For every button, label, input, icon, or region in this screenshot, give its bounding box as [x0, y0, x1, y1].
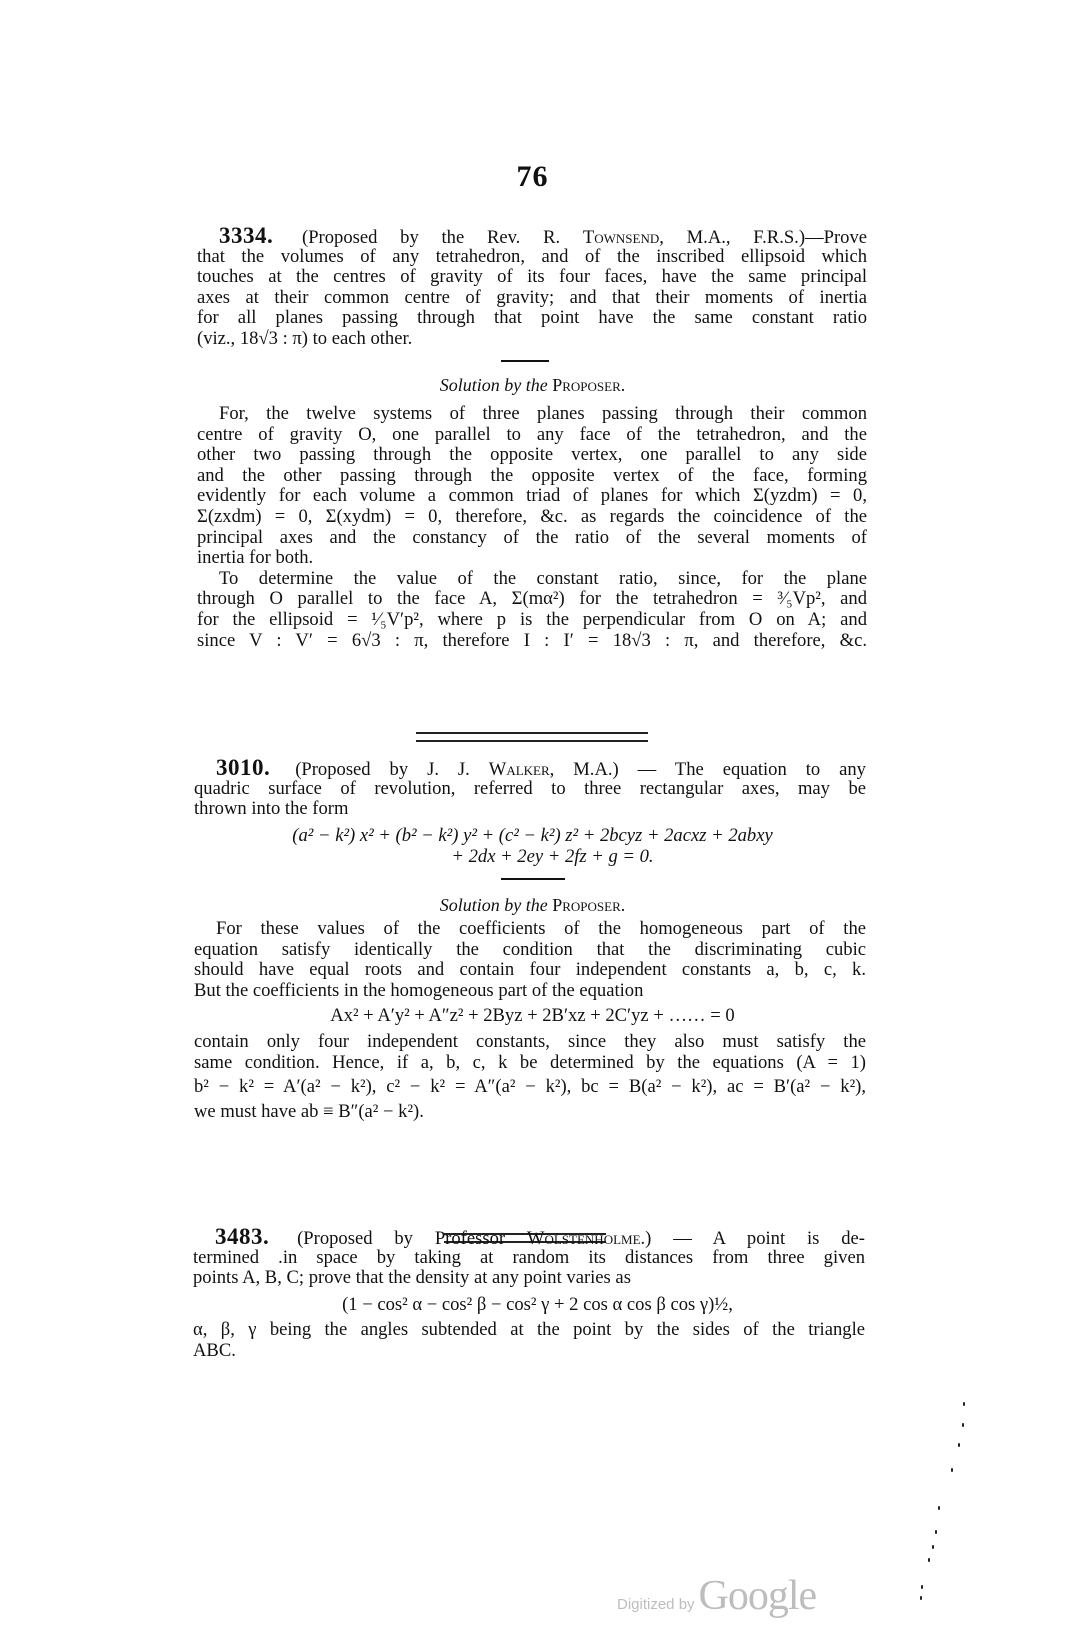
problem-3483-question-cont: α, β, γ being the angles subtended at th… — [193, 1320, 865, 1361]
proposer-intro: (Proposed by Professor — [297, 1228, 505, 1249]
watermark-prefix: Digitized by — [617, 1596, 695, 1613]
question-line: for all planes passing through that poin… — [197, 308, 867, 329]
problem-heading-line: 3483. (Proposed by Professor Wolstenholm… — [193, 1227, 865, 1248]
scan-speck — [958, 1443, 960, 1447]
problem-heading-line: 3334. (Proposed by the Rev. R. Townsend,… — [197, 226, 867, 247]
solution-line: same condition. Hence, if a, b, c, k be … — [194, 1053, 866, 1074]
page-number: 76 — [0, 160, 1065, 194]
proposer-intro: (Proposed by the Rev. R. — [302, 227, 560, 248]
problem-number: 3334. — [219, 223, 273, 248]
solution-line: other two passing through the opposite v… — [197, 445, 867, 466]
scan-speck — [962, 1423, 964, 1427]
scan-speck — [935, 1530, 937, 1534]
solution-line: To determine the value of the constant r… — [197, 569, 867, 590]
solution-line: But the coefficients in the homogeneous … — [194, 981, 866, 1002]
question-line: thrown into the form — [194, 799, 866, 820]
equation-line: + 2dx + 2ey + 2fz + g = 0. — [0, 846, 1065, 868]
solution-line: equation satisfy identically the conditi… — [194, 940, 866, 961]
question-line: points A, B, C; prove that the density a… — [193, 1268, 865, 1289]
scan-speck — [951, 1468, 953, 1472]
proposer-tail: , M.A., F.R.S.)—Prove — [659, 227, 867, 248]
problem-3483-question: 3483. (Proposed by Professor Wolstenholm… — [193, 1225, 865, 1289]
book-page: 76 3334. (Proposed by the Rev. R. Townse… — [0, 0, 1065, 1643]
solution-line: centre of gravity O, one parallel to any… — [197, 425, 867, 446]
question-line: that the volumes of any tetrahedron, and… — [197, 247, 867, 268]
question-line: termined .in space by taking at random i… — [193, 1248, 865, 1269]
proposer-tail: .) — A point is de- — [641, 1228, 865, 1249]
solution-line: for the ellipsoid = ¹⁄₅V′p², where p is … — [197, 610, 867, 631]
problem-number: 3483. — [215, 1224, 269, 1249]
solution-line: we must have ab ≡ B″(a² − k²). — [194, 1102, 866, 1123]
question-line: touches at the centres of gravity of its… — [197, 267, 867, 288]
solution-line: should have equal roots and contain four… — [194, 960, 866, 981]
solution-line: through O parallel to the face A, Σ(mα²)… — [197, 589, 867, 610]
section-divider — [416, 732, 648, 742]
google-logo-text: Google — [699, 1573, 817, 1619]
solution-heading-italic: Solution by the — [440, 375, 548, 395]
short-rule — [501, 878, 565, 880]
problem-heading-line: 3010. (Proposed by J. J. Walker, M.A.) —… — [194, 758, 866, 779]
middle-equation: Ax² + A′y² + A″z² + 2Byz + 2B′xz + 2C′yz… — [0, 1005, 1065, 1027]
density-equation: (1 − cos² α − cos² β − cos² γ + 2 cos α … — [0, 1294, 1065, 1316]
digitized-by-google-watermark: Digitized by Google — [617, 1572, 816, 1620]
solution-line: principal axes and the constancy of the … — [197, 528, 867, 549]
question-line: axes at their common centre of gravity; … — [197, 288, 867, 309]
proposer-name: Townsend — [583, 227, 659, 248]
question-line: (viz., 18√3 : π) to each other. — [197, 329, 867, 350]
problem-3010-solution: For these values of the coefficients of … — [194, 919, 866, 1001]
solution-line: For these values of the coefficients of … — [194, 919, 866, 940]
problem-3334-question: 3334. (Proposed by the Rev. R. Townsend,… — [197, 226, 867, 350]
question-line: ABC. — [193, 1341, 865, 1362]
solution-line: contain only four independent constants,… — [194, 1032, 866, 1053]
solution-heading: Solution by the Proposer. — [0, 375, 1065, 396]
question-line: quadric surface of revolution, referred … — [194, 779, 866, 800]
scan-speck — [938, 1506, 940, 1510]
proposer-intro: (Proposed by J. J. — [295, 759, 470, 780]
proposer-name: Wolstenholme — [527, 1228, 641, 1249]
question-line: α, β, γ being the angles subtended at th… — [193, 1320, 865, 1341]
proposer-name: Walker — [489, 759, 550, 780]
scan-speck — [963, 1402, 965, 1406]
solution-line: and the other passing through the opposi… — [197, 466, 867, 487]
solution-heading: Solution by the Proposer. — [0, 895, 1065, 916]
solution-line: since V : V′ = 6√3 : π, therefore I : I′… — [197, 631, 867, 652]
proposer-tail: , M.A.) — The equation to any — [550, 759, 866, 780]
solution-line: Σ(zxdm) = 0, Σ(xydm) = 0, therefore, &c.… — [197, 507, 867, 528]
solution-line: inertia for both. — [197, 548, 867, 569]
equation-line: (a² − k²) x² + (b² − k²) y² + (c² − k²) … — [0, 825, 1065, 847]
solution-line: evidently for each volume a common triad… — [197, 486, 867, 507]
problem-3010-solution-cont: contain only four independent constants,… — [194, 1032, 866, 1122]
problem-number: 3010. — [216, 755, 270, 780]
scan-speck — [920, 1596, 922, 1600]
solution-heading-proposer: Proposer. — [552, 375, 625, 395]
solution-heading-proposer: Proposer. — [552, 895, 625, 915]
problem-3010-question: 3010. (Proposed by J. J. Walker, M.A.) —… — [194, 758, 866, 820]
solution-heading-italic: Solution by the — [440, 895, 548, 915]
solution-line: For, the twelve systems of three planes … — [197, 404, 867, 425]
scan-speck — [921, 1585, 923, 1589]
scan-speck — [932, 1545, 934, 1549]
solution-line: b² − k² = A′(a² − k²), c² − k² = A″(a² −… — [194, 1077, 866, 1098]
short-rule — [501, 360, 549, 362]
problem-3334-solution: For, the twelve systems of three planes … — [197, 404, 867, 651]
scan-speck — [928, 1558, 930, 1562]
